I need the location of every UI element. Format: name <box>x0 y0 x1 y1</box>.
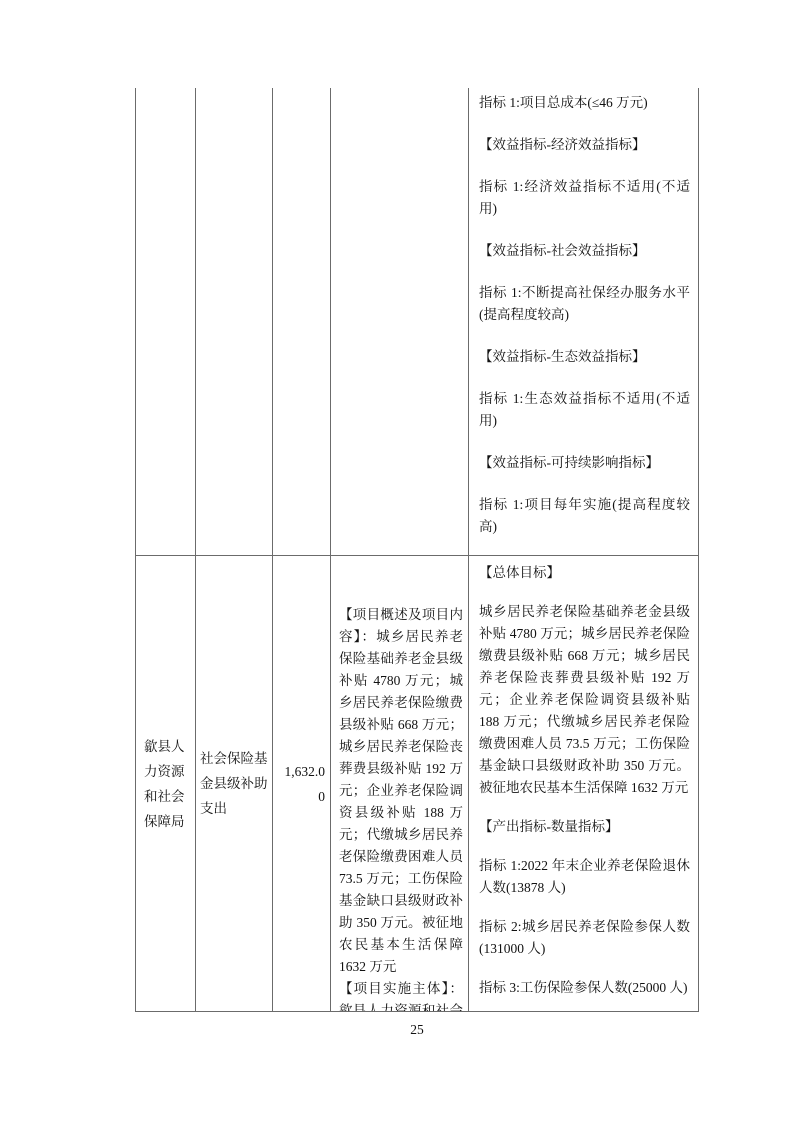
dept-cell <box>135 88 195 555</box>
paragraph: 指标 1:项目每年实施(提高程度较高) <box>479 494 690 538</box>
paragraph: 指标 1:生态效益指标不适用(不适用) <box>479 388 690 432</box>
paragraph: 指标 1:不断提高社保经办服务水平(提高程度较高) <box>479 282 690 326</box>
amount-cell <box>272 88 330 555</box>
dept-name: 歙县人力资源和社会保障局 <box>144 734 187 834</box>
amount-value: 1,632.00 <box>278 759 325 809</box>
table-row: 指标 1:项目总成本(≤46 万元)【效益指标-经济效益指标】指标 1:经济效益… <box>135 88 699 555</box>
overview-cell: 【项目概述及项目内容】：城乡居民养老保险基础养老金县级补贴 4780 万元；城乡… <box>330 556 468 1011</box>
project-cell: 社会保险基金县级补助支出 <box>195 556 272 1011</box>
paragraph: 【效益指标-生态效益指标】 <box>479 346 690 368</box>
paragraph: 【效益指标-可持续影响指标】 <box>479 452 690 474</box>
paragraph: 指标 1:项目总成本(≤46 万元) <box>479 92 690 114</box>
project-name: 社会保险基金县级补助支出 <box>200 746 268 821</box>
indicators-cell: 指标 1:项目总成本(≤46 万元)【效益指标-经济效益指标】指标 1:经济效益… <box>468 88 699 555</box>
paragraph: 指标 3:工伤保险参保人数(25000 人) <box>479 977 690 999</box>
performance-target-table: 指标 1:项目总成本(≤46 万元)【效益指标-经济效益指标】指标 1:经济效益… <box>135 88 699 1012</box>
document-page: { "page": { "number": "25" }, "table": {… <box>0 0 793 1122</box>
paragraph: 城乡居民养老保险基础养老金县级补贴 4780 万元；城乡居民养老保险缴费县级补贴… <box>479 601 690 799</box>
paragraph: 【效益指标-经济效益指标】 <box>479 134 690 156</box>
paragraph: 【项目实施主体】：歙县人力资源和社会保障局 <box>339 978 463 1011</box>
table-row: 歙县人力资源和社会保障局 社会保险基金县级补助支出 1,632.00 【项目概述… <box>135 555 699 1011</box>
overview-cell <box>330 88 468 555</box>
dept-cell: 歙县人力资源和社会保障局 <box>135 556 195 1011</box>
paragraph: 指标 2:城乡居民养老保险参保人数(131000 人) <box>479 916 690 960</box>
paragraph: 【项目概述及项目内容】：城乡居民养老保险基础养老金县级补贴 4780 万元；城乡… <box>339 604 463 978</box>
paragraph: 【产出指标-数量指标】 <box>479 816 690 838</box>
page-number: 25 <box>135 1022 699 1038</box>
paragraph: 【效益指标-社会效益指标】 <box>479 240 690 262</box>
paragraph: 【总体目标】 <box>479 562 690 584</box>
project-cell <box>195 88 272 555</box>
paragraph: 指标 1:2022 年末企业养老保险退休人数(13878 人) <box>479 855 690 899</box>
amount-cell: 1,632.00 <box>272 556 330 1011</box>
indicators-cell: 【总体目标】城乡居民养老保险基础养老金县级补贴 4780 万元；城乡居民养老保险… <box>468 556 699 1011</box>
paragraph: 指标 1:经济效益指标不适用(不适用) <box>479 176 690 220</box>
